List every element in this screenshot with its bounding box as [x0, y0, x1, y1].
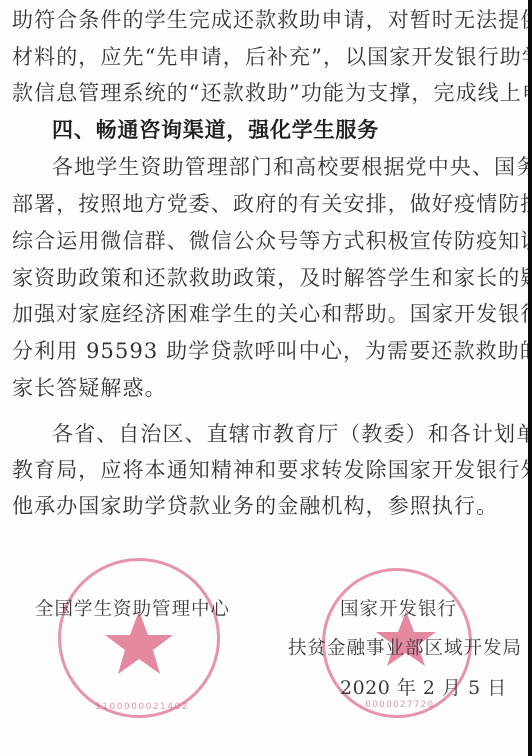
paragraph-line: 材料的，应先“先申请，后补充”，以国家开发银行助学贷: [12, 42, 524, 72]
scan-edge: [528, 0, 532, 756]
paragraph-line: 分利用 95593 助学贷款呼叫中心，为需要还款救助的学生及: [12, 336, 524, 366]
paragraph-line: 加强对家庭经济困难学生的关心和帮助。国家开发银行要充: [12, 299, 524, 329]
paragraph-line: 各省、自治区、直辖市教育厅（教委）和各计划单列市: [52, 419, 524, 449]
official-seal-left: 1100000021402: [58, 558, 220, 718]
paragraph-line: 他承办国家助学贷款业务的金融机构，参照执行。: [12, 491, 524, 521]
signature-date: 2020 年 2 月 5 日: [340, 676, 507, 700]
signature-org-left: 全国学生资助管理中心: [35, 598, 230, 622]
svg-text:0000027720: 0000027720: [365, 700, 434, 710]
paragraph-line: 款信息管理系统的“还款救助”功能为支撑，完成线上申报。: [12, 78, 524, 108]
paragraph-line: 部署，按照地方党委、政府的有关安排，做好疫情防控工作，: [12, 189, 524, 219]
signature-org-right-line1: 国家开发银行: [340, 598, 457, 622]
paragraph-line: 助符合条件的学生完成还款救助申请，对暂时无法提供完整: [12, 5, 524, 35]
document-page: 助符合条件的学生完成还款救助申请，对暂时无法提供完整 材料的，应先“先申请，后补…: [0, 0, 528, 756]
paragraph-line: 家资助政策和还款救助政策，及时解答学生和家长的疑问，: [12, 263, 524, 293]
paragraph-line: 综合运用微信群、微信公众号等方式积极宣传防疫知识、国: [12, 226, 524, 256]
paragraph-line: 教育局，应将本通知精神和要求转发除国家开发银行外的其: [12, 455, 524, 485]
paragraph-line: 各地学生资助管理部门和高校要根据党中央、国务院的: [52, 152, 524, 182]
section-heading: 四、畅通咨询渠道，强化学生服务: [52, 115, 524, 145]
signature-org-right-line2: 扶贫金融事业部区域开发局: [288, 637, 522, 661]
paragraph-line: 家长答疑解惑。: [12, 373, 524, 403]
svg-text:1100000021402: 1100000021402: [95, 702, 189, 712]
star-icon: 1100000021402: [61, 561, 223, 721]
